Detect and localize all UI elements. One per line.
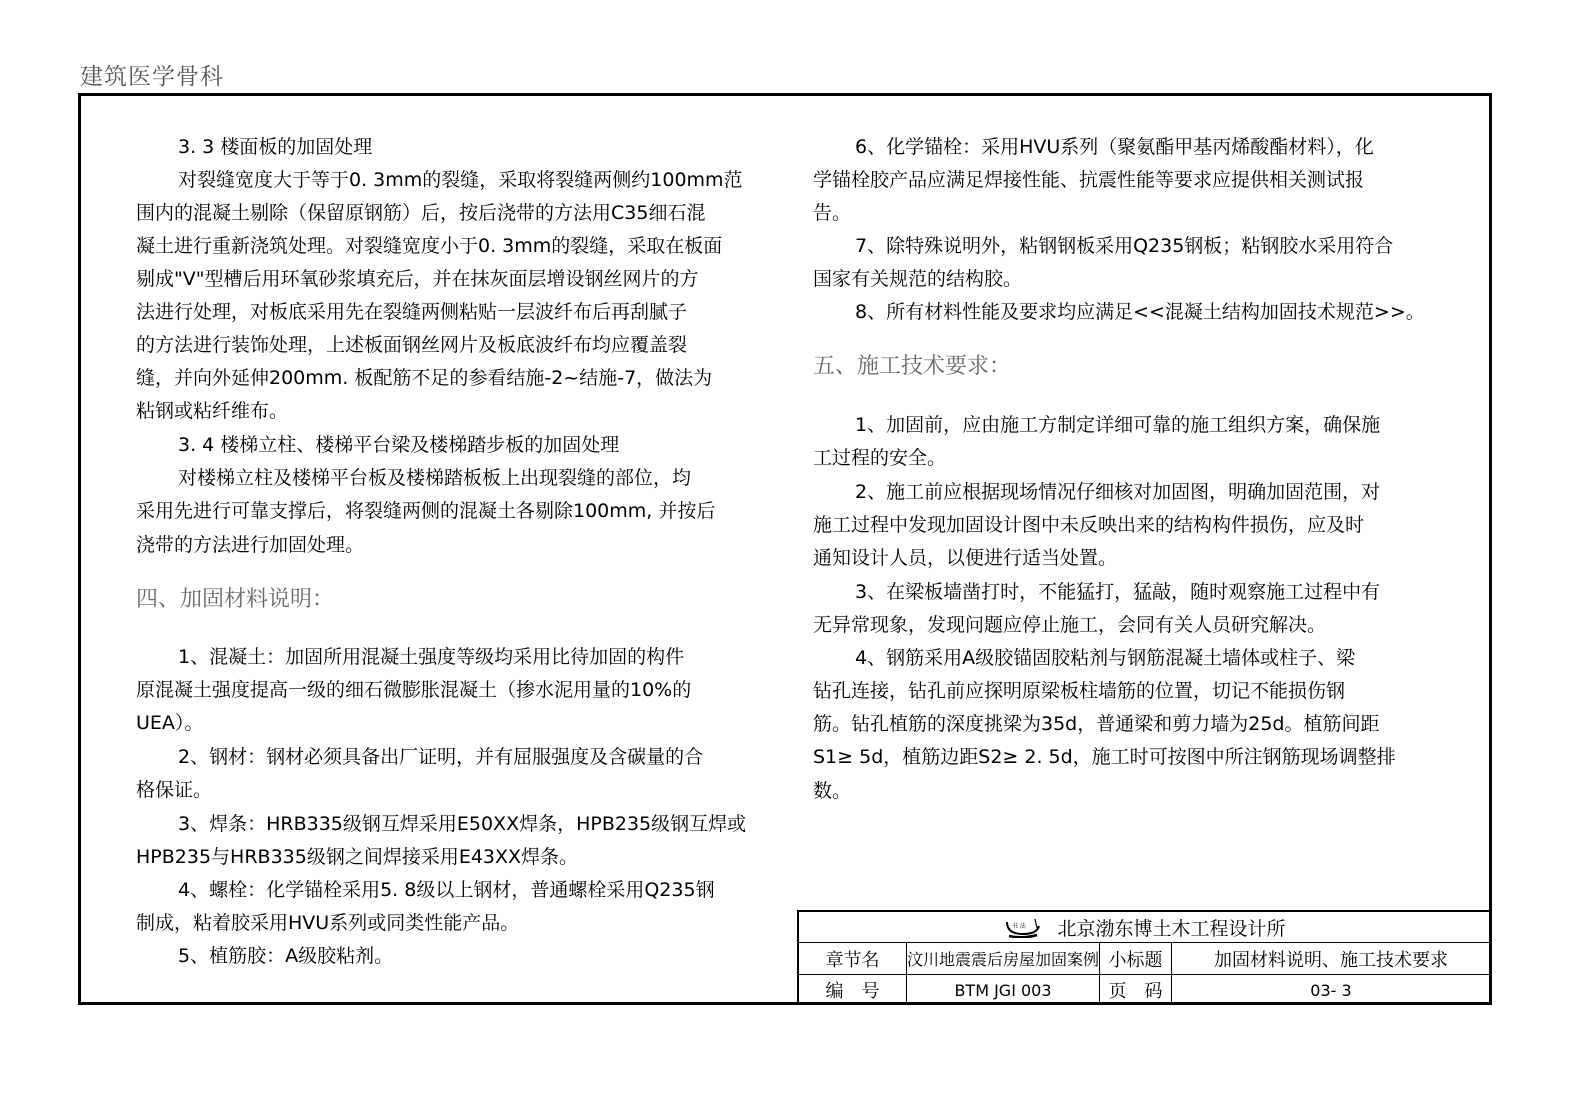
paragraph-line: 3、在梁板墙凿打时，不能猛打，猛敲，随时观察施工过程中有 (813, 582, 1380, 602)
paragraph-line: 2、施工前应根据现场情况仔细核对加固图，明确加固范围，对 (813, 482, 1380, 502)
paragraph-line: 筋。钻孔植筋的深度挑梁为35d，普通梁和剪力墙为25d。植筋间距 (813, 714, 1379, 734)
paragraph-line: 4、钢筋采用A级胶锚固胶粘剂与钢筋混凝土墙体或柱子、梁 (813, 648, 1355, 668)
paragraph-line: 3. 4 楼梯立柱、楼梯平台梁及楼梯踏步板的加固处理 (136, 435, 619, 455)
document-header: 建筑医学骨科 (80, 58, 224, 91)
paragraph-line: 采用先进行可靠支撑后，将裂缝两侧的混凝土各剔除100mm, 并按后 (136, 501, 715, 521)
paragraph-line: 对楼梯立柱及楼梯平台板及楼梯踏板板上出现裂缝的部位，均 (136, 468, 691, 488)
section-5-title: 五、施工技术要求： (813, 357, 1011, 377)
paragraph-line: 的方法进行装饰处理，上述板面钢丝网片及板底波纤布均应覆盖裂 (136, 335, 687, 355)
chapter-value: 汶川地震震后房屋加固案例 (907, 943, 1100, 974)
paragraph-line: 5、植筋胶：A级胶粘剂。 (136, 946, 393, 966)
paragraph-line: 通知设计人员，以便进行适当处置。 (813, 548, 1117, 568)
paragraph-line: UEA）。 (136, 713, 203, 733)
paragraph-line: HPB235与HRB335级钢之间焊接采用E43XX焊条。 (136, 847, 578, 867)
paragraph-line: 钻孔连接，钻孔前应探明原梁板柱墙筋的位置，切记不能损伤钢 (813, 681, 1345, 701)
paragraph-line: 原混凝土强度提高一级的细石微膨胀混凝土（掺水泥用量的10%的 (136, 680, 691, 700)
chapter-label: 章节名 (799, 943, 907, 974)
subtitle-value: 加固材料说明、施工技术要求 (1172, 943, 1490, 974)
paragraph-line: 学锚栓胶产品应满足焊接性能、抗震性能等要求应提供相关测试报 (813, 170, 1364, 190)
title-block: 书 法 北京渤东博土木工程设计所 章节名 汶川地震震后房屋加固案例 小标题 加固… (797, 910, 1490, 1003)
page-label: 页 码 (1100, 975, 1172, 1005)
paragraph-line: 制成，粘着胶采用HVU系列或同类性能产品。 (136, 913, 519, 933)
paragraph-line: 告。 (813, 203, 851, 223)
paragraph-line: 数。 (813, 781, 851, 801)
drawing-number: BTM JGI 003 (907, 975, 1100, 1005)
paragraph-line: 7、除特殊说明外，粘钢钢板采用Q235钢板；粘钢胶水采用符合 (813, 236, 1393, 256)
paragraph-line: 法进行处理，对板底采用先在裂缝两侧粘贴一层波纤布后再刮腻子 (136, 302, 687, 322)
paragraph-line: 工过程的安全。 (813, 448, 946, 468)
paragraph-line: S1≥ 5d，植筋边距S2≥ 2. 5d，施工时可按图中所注钢筋现场调整排 (813, 747, 1396, 767)
paragraph-line: 2、钢材：钢材必须具备出厂证明，并有屈服强度及含碳量的合 (136, 747, 703, 767)
paragraph-line: 1、混凝土：加固所用混凝土强度等级均采用比待加固的构件 (136, 647, 684, 667)
section-4-title: 四、加固材料说明： (136, 590, 334, 610)
title-block-row-number: 编 号 BTM JGI 003 页 码 03- 3 (799, 975, 1490, 1005)
paragraph-line: 剔成"V"型槽后用环氧砂浆填充后，并在抹灰面层增设钢丝网片的方 (136, 269, 698, 289)
paragraph-line: 围内的混凝土剔除（保留原钢筋）后，按后浇带的方法用C35细石混 (136, 203, 705, 223)
title-block-row-chapter: 章节名 汶川地震震后房屋加固案例 小标题 加固材料说明、施工技术要求 (799, 943, 1490, 975)
paragraph-line: 凝土进行重新浇筑处理。对裂缝宽度小于0. 3mm的裂缝，采取在板面 (136, 236, 722, 256)
paragraph-line: 格保证。 (136, 780, 212, 800)
firm-logo-icon: 书 法 (1003, 916, 1043, 938)
title-block-firm-row: 书 法 北京渤东博土木工程设计所 (799, 912, 1490, 943)
paragraph-line: 3、焊条：HRB335级钢互焊采用E50XX焊条，HPB235级钢互焊或 (136, 814, 746, 834)
paragraph-line: 施工过程中发现加固设计图中未反映出来的结构构件损伤，应及时 (813, 515, 1364, 535)
subtitle-label: 小标题 (1100, 943, 1172, 974)
paragraph-line: 浇带的方法进行加固处理。 (136, 535, 364, 555)
page-number: 03- 3 (1172, 975, 1490, 1005)
firm-name: 北京渤东博土木工程设计所 (1057, 914, 1285, 941)
paragraph-line: 粘钢或粘纤维布。 (136, 401, 288, 421)
paragraph-line: 4、螺栓：化学锚栓采用5. 8级以上钢材，普通螺栓采用Q235钢 (136, 880, 715, 900)
paragraph-line: 缝，并向外延伸200mm. 板配筋不足的参看结施-2~结施-7，做法为 (136, 368, 712, 388)
paragraph-line: 无异常现象，发现问题应停止施工，会同有关人员研究解决。 (813, 615, 1326, 635)
number-label: 编 号 (799, 975, 907, 1005)
svg-text:书 法: 书 法 (1012, 922, 1027, 930)
paragraph-line: 8、所有材料性能及要求均应满足<<混凝土结构加固技术规范>>。 (813, 302, 1425, 322)
paragraph-line: 对裂缝宽度大于等于0. 3mm的裂缝，采取将裂缝两侧约100mm范 (136, 170, 743, 190)
paragraph-line: 1、加固前，应由施工方制定详细可靠的施工组织方案，确保施 (813, 415, 1380, 435)
paragraph-line: 3. 3 楼面板的加固处理 (136, 137, 372, 157)
paragraph-line: 国家有关规范的结构胶。 (813, 269, 1022, 289)
paragraph-line: 6、化学锚栓：采用HVU系列（聚氨酯甲基丙烯酸酯材料），化 (813, 137, 1374, 157)
